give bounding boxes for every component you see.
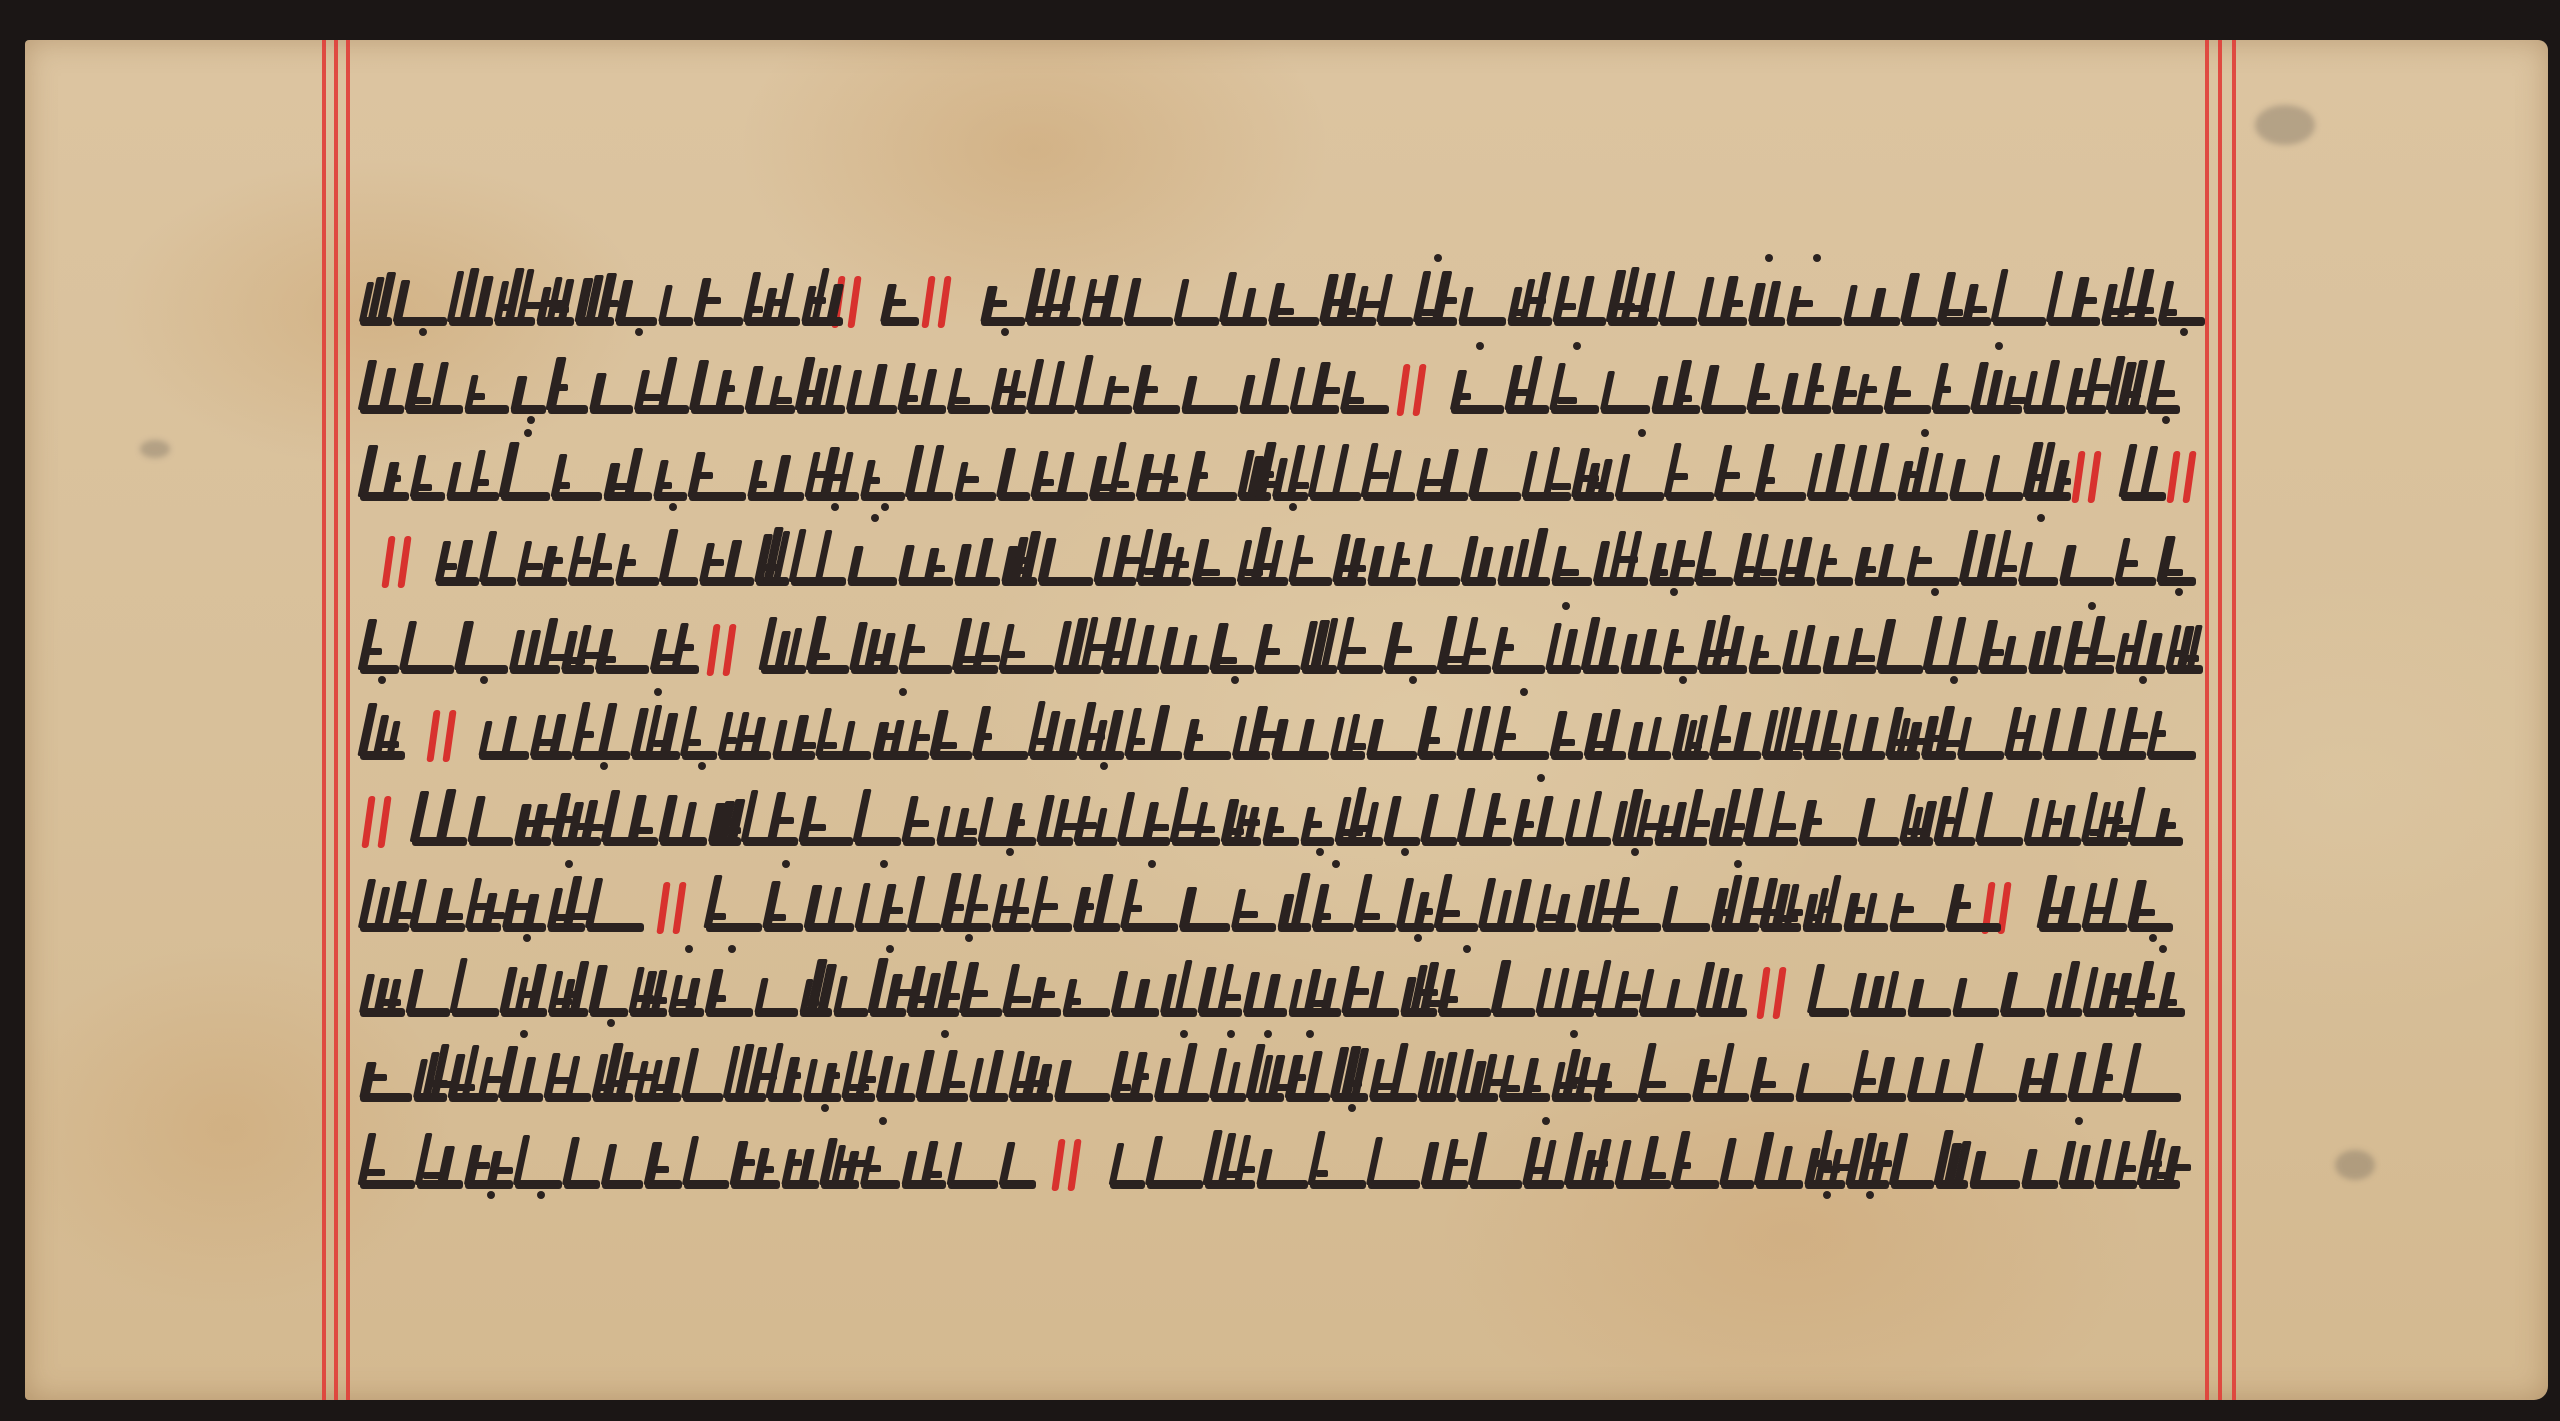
glyph-stroke xyxy=(366,1169,385,1176)
glyph-stroke xyxy=(1584,791,1602,842)
glyph-headline xyxy=(449,317,493,326)
diacritic-mark xyxy=(880,860,888,868)
glyph-headline xyxy=(1890,923,1945,932)
glyph-headline xyxy=(1666,492,1714,501)
red-danda xyxy=(381,536,395,588)
red-danda xyxy=(1772,967,1786,1019)
glyph-stroke xyxy=(1080,903,1094,910)
glyph-stroke xyxy=(1638,629,1657,670)
glyph-stroke xyxy=(938,1050,957,1098)
glyph-stroke xyxy=(2165,309,2177,316)
glyph-stroke xyxy=(1620,908,1639,915)
glyph-stroke xyxy=(1041,269,1060,322)
glyph-stroke xyxy=(1850,973,1868,1013)
glyph-stroke xyxy=(1038,479,1054,486)
glyph-stroke xyxy=(940,873,962,928)
glyph-stroke xyxy=(1719,1138,1737,1185)
glyph-stroke xyxy=(1069,998,1081,1005)
glyph-stroke xyxy=(2127,880,2147,928)
glyph-stroke xyxy=(405,969,423,1013)
glyph-stroke xyxy=(1791,909,1803,916)
glyph-stroke xyxy=(947,1081,965,1088)
glyph-stroke xyxy=(1719,276,1739,322)
diacritic-mark xyxy=(527,416,535,424)
glyph-stroke xyxy=(1811,385,1824,392)
glyph-stroke xyxy=(1344,308,1356,315)
glyph-headline xyxy=(745,317,800,326)
glyph-stroke xyxy=(1702,569,1716,576)
glyph-stroke xyxy=(1798,625,1816,670)
glyph-stroke xyxy=(1389,1043,1409,1098)
glyph-stroke xyxy=(1420,908,1433,915)
glyph-stroke xyxy=(1140,386,1158,393)
glyph-stroke xyxy=(897,363,916,410)
glyph-stroke xyxy=(388,881,407,928)
red-danda xyxy=(656,882,670,934)
glyph-stroke xyxy=(379,368,397,410)
glyph-stroke xyxy=(1793,537,1813,582)
glyph-headline xyxy=(552,492,602,501)
glyph-headline xyxy=(1480,923,1535,932)
glyph-stroke xyxy=(1600,1081,1612,1088)
glyph-stroke xyxy=(1383,796,1402,842)
glyph-stroke xyxy=(588,965,608,1013)
diacritic-mark xyxy=(2037,514,2045,522)
glyph-stroke xyxy=(1169,787,1189,842)
glyph-stroke xyxy=(1216,964,1233,1013)
glyph-stroke xyxy=(1307,821,1322,828)
glyph-stroke xyxy=(1549,711,1568,756)
glyph-headline xyxy=(1310,1180,1366,1189)
glyph-stroke xyxy=(1884,971,1900,1013)
glyph-stroke xyxy=(442,913,463,920)
glyph-headline xyxy=(1958,751,2004,760)
glyph-stroke xyxy=(2165,999,2177,1006)
glyph-stroke xyxy=(1583,713,1602,756)
diacritic-mark xyxy=(1100,762,1108,770)
glyph-stroke xyxy=(1137,1073,1149,1080)
glyph-stroke xyxy=(1145,1136,1163,1185)
glyph-stroke xyxy=(1433,874,1452,928)
glyph-stroke xyxy=(527,964,547,1013)
glyph-stroke xyxy=(1345,647,1366,654)
glyph-stroke xyxy=(1311,884,1329,928)
glyph-stroke xyxy=(937,742,957,749)
glyph-stroke xyxy=(1777,539,1793,582)
glyph-stroke xyxy=(1238,911,1258,918)
glyph-stroke xyxy=(624,448,643,497)
glyph-stroke xyxy=(967,990,988,997)
glyph-stroke xyxy=(1614,454,1630,497)
glyph-stroke xyxy=(1039,903,1058,910)
glyph-stroke xyxy=(998,624,1015,670)
glyph-stroke xyxy=(706,559,724,566)
diacritic-mark xyxy=(698,762,706,770)
glyph-stroke xyxy=(513,1135,531,1185)
glyph-stroke xyxy=(1545,623,1562,670)
glyph-stroke xyxy=(1123,278,1141,322)
glyph-headline xyxy=(1339,665,1383,674)
glyph-stroke xyxy=(754,481,767,488)
glyph-stroke xyxy=(2122,560,2138,567)
glyph-stroke xyxy=(945,993,960,1000)
glyph-stroke xyxy=(2164,569,2183,576)
glyph-stroke xyxy=(389,475,401,482)
glyph-stroke xyxy=(2135,909,2155,916)
diacritic-mark xyxy=(1006,848,1014,856)
diacritic-mark xyxy=(1148,860,1156,868)
glyph-stroke xyxy=(1319,387,1340,394)
glyph-stroke xyxy=(1717,736,1731,743)
glyph-stroke xyxy=(554,384,568,391)
glyph-stroke xyxy=(2000,972,2019,1013)
glyph-stroke xyxy=(2060,961,2080,1013)
glyph-stroke xyxy=(712,995,726,1002)
glyph-headline xyxy=(1175,317,1219,326)
glyph-stroke xyxy=(548,714,566,756)
glyph-stroke xyxy=(1964,1043,1984,1098)
glyph-stroke xyxy=(722,385,735,392)
diacritic-mark xyxy=(728,945,736,953)
glyph-stroke xyxy=(454,621,474,670)
script-line xyxy=(360,522,2195,592)
glyph-stroke xyxy=(777,273,794,322)
glyph-headline xyxy=(1368,1180,1420,1189)
glyph-stroke xyxy=(1190,734,1203,741)
glyph-stroke xyxy=(1490,818,1506,825)
glyph-stroke xyxy=(1037,538,1056,582)
glyph-stroke xyxy=(2127,732,2148,739)
diacritic-mark xyxy=(1520,688,1528,696)
glyph-stroke xyxy=(1366,1137,1383,1185)
glyph-stroke xyxy=(562,1137,580,1185)
glyph-stroke xyxy=(1440,297,1457,304)
glyph-stroke xyxy=(701,297,721,304)
glyph-stroke xyxy=(1571,970,1590,1013)
glyph-headline xyxy=(587,923,644,932)
glyph-headline xyxy=(1056,665,1101,674)
glyph-stroke xyxy=(826,887,842,928)
glyph-stroke xyxy=(1593,960,1611,1013)
diacritic-mark xyxy=(1542,1117,1550,1125)
glyph-stroke xyxy=(1360,443,1378,497)
glyph-stroke xyxy=(1177,1043,1198,1098)
diacritic-mark xyxy=(2180,328,2188,336)
glyph-stroke xyxy=(1093,537,1111,582)
glyph-headline xyxy=(2148,751,2196,760)
glyph-stroke xyxy=(358,619,378,670)
glyph-headline xyxy=(1147,1180,1203,1189)
glyph-stroke xyxy=(1136,625,1155,670)
diacritic-mark xyxy=(1670,588,1678,596)
glyph-stroke xyxy=(1876,619,1897,670)
glyph-stroke xyxy=(471,393,485,400)
diacritic-mark xyxy=(965,934,973,942)
glyph-stroke xyxy=(1597,627,1616,670)
glyph-stroke xyxy=(580,731,594,738)
glyph-stroke xyxy=(1468,448,1488,497)
glyph-stroke xyxy=(1638,969,1654,1013)
glyph-stroke xyxy=(518,1057,536,1098)
glyph-stroke xyxy=(605,300,619,307)
glyph-stroke xyxy=(1120,879,1138,928)
glyph-stroke xyxy=(1269,826,1284,833)
glyph-stroke xyxy=(788,1159,802,1166)
glyph-headline xyxy=(1787,317,1842,326)
glyph-stroke xyxy=(806,824,826,831)
glyph-stroke xyxy=(1767,791,1785,842)
glyph-stroke xyxy=(1958,530,1978,582)
glyph-stroke xyxy=(1900,273,1920,322)
glyph-stroke xyxy=(1557,397,1577,404)
glyph-stroke xyxy=(1760,569,1777,576)
glyph-stroke xyxy=(358,879,376,928)
glyph-stroke xyxy=(798,796,817,842)
glyph-stroke xyxy=(547,888,564,928)
glyph-headline xyxy=(2125,1093,2181,1102)
glyph-headline xyxy=(706,923,762,932)
glyph-stroke xyxy=(1124,708,1142,756)
glyph-stroke xyxy=(2042,708,2061,756)
diacritic-mark xyxy=(635,328,643,336)
glyph-stroke xyxy=(1621,994,1641,1001)
glyph-stroke xyxy=(435,888,454,928)
diacritic-mark xyxy=(1921,429,1929,437)
glyph-stroke xyxy=(571,702,590,756)
glyph-stroke xyxy=(868,364,888,410)
script-line xyxy=(360,437,2195,507)
glyph-stroke xyxy=(1755,651,1769,658)
glyph-stroke xyxy=(627,795,647,842)
script-line xyxy=(360,350,2195,420)
glyph-stroke xyxy=(1467,1132,1487,1185)
glyph-stroke xyxy=(1535,796,1554,842)
glyph-stroke xyxy=(2127,787,2146,842)
glyph-stroke xyxy=(1030,876,1048,928)
glyph-stroke xyxy=(1073,796,1091,842)
glyph-stroke xyxy=(1563,1132,1583,1185)
glyph-stroke xyxy=(622,559,636,566)
glyph-stroke xyxy=(493,1167,513,1174)
glyph-stroke xyxy=(1450,370,1468,410)
glyph-stroke xyxy=(680,802,697,842)
glyph-stroke xyxy=(2039,1053,2059,1098)
glyph-stroke xyxy=(2036,875,2057,928)
glyph-stroke xyxy=(1469,648,1486,655)
manuscript-folio xyxy=(25,40,2548,1400)
glyph-stroke xyxy=(1030,451,1049,497)
glyph-stroke xyxy=(1711,968,1730,1013)
diacritic-mark xyxy=(1823,1191,1831,1199)
glyph-headline xyxy=(360,1180,415,1189)
glyph-stroke xyxy=(2113,1141,2130,1185)
glyph-stroke xyxy=(575,557,591,564)
diacritic-mark xyxy=(1734,860,1742,868)
glyph-stroke xyxy=(887,299,906,306)
glyph-stroke xyxy=(1976,534,1996,582)
glyph-stroke xyxy=(657,357,677,410)
glyph-stroke xyxy=(1757,1081,1776,1088)
glyph-stroke xyxy=(1527,528,1548,582)
glyph-stroke xyxy=(477,479,489,486)
glyph-stroke xyxy=(1877,1057,1896,1098)
glyph-headline xyxy=(1138,577,1191,586)
stain xyxy=(140,440,170,458)
glyph-stroke xyxy=(435,541,452,582)
red-danda xyxy=(397,536,411,588)
diacritic-mark xyxy=(1180,1030,1188,1038)
glyph-stroke xyxy=(357,445,378,497)
glyph-stroke xyxy=(597,703,617,756)
glyph-stroke xyxy=(596,563,612,570)
glyph-stroke xyxy=(1662,886,1679,928)
glyph-stroke xyxy=(1806,453,1822,497)
glyph-headline xyxy=(719,751,771,760)
glyph-stroke xyxy=(1891,390,1911,397)
diacritic-mark xyxy=(1289,503,1297,511)
glyph-stroke xyxy=(1471,706,1491,756)
glyph-stroke xyxy=(634,370,651,410)
glyph-stroke xyxy=(852,789,871,842)
glyph-stroke xyxy=(1670,1131,1690,1185)
red-danda xyxy=(672,882,686,934)
glyph-stroke xyxy=(662,1057,681,1098)
glyph-stroke xyxy=(409,879,427,928)
glyph-stroke xyxy=(1286,445,1305,497)
glyph-stroke xyxy=(681,1048,700,1098)
glyph-stroke xyxy=(679,644,694,651)
diacritic-mark xyxy=(480,676,488,684)
glyph-stroke xyxy=(498,442,520,497)
glyph-stroke xyxy=(650,629,668,670)
glyph-stroke xyxy=(775,397,792,404)
diacritic-mark xyxy=(1227,1030,1235,1038)
glyph-stroke xyxy=(1754,393,1770,400)
glyph-stroke xyxy=(358,360,378,410)
glyph-stroke xyxy=(442,563,457,570)
red-danda xyxy=(2166,451,2180,503)
glyph-stroke xyxy=(1945,309,1963,316)
glyph-stroke xyxy=(703,875,722,928)
glyph-stroke xyxy=(737,1159,755,1166)
glyph-stroke xyxy=(959,962,980,1013)
glyph-stroke xyxy=(867,1165,881,1172)
glyph-stroke xyxy=(1117,481,1129,488)
glyph-headline xyxy=(2025,837,2081,846)
glyph-stroke xyxy=(641,394,661,401)
glyph-stroke xyxy=(474,276,494,322)
diacritic-mark xyxy=(1231,676,1239,684)
glyph-stroke xyxy=(1037,991,1055,998)
glyph-stroke xyxy=(1733,533,1752,582)
glyph-stroke xyxy=(946,1142,962,1185)
diacritic-mark xyxy=(2162,416,2170,424)
glyph-stroke xyxy=(1580,617,1600,670)
glyph-stroke xyxy=(876,1056,894,1098)
diacritic-mark xyxy=(941,1030,949,1038)
glyph-stroke xyxy=(1520,821,1534,828)
glyph-stroke xyxy=(517,541,533,582)
glyph-stroke xyxy=(1166,476,1178,483)
glyph-stroke xyxy=(1576,276,1595,322)
glyph-stroke xyxy=(1296,557,1313,564)
glyph-stroke xyxy=(1807,964,1825,1013)
glyph-headline xyxy=(900,665,952,674)
glyph-stroke xyxy=(1108,442,1127,497)
glyph-stroke xyxy=(996,448,1016,497)
glyph-stroke xyxy=(2082,967,2099,1013)
glyph-headline xyxy=(1495,751,1549,760)
glyph-stroke xyxy=(430,362,448,410)
glyph-headline xyxy=(1977,837,2023,846)
glyph-stroke xyxy=(1256,731,1277,738)
glyph-headline xyxy=(1537,1008,1594,1017)
glyph-stroke xyxy=(1551,483,1571,490)
glyph-stroke xyxy=(867,477,880,484)
diacritic-mark xyxy=(1434,254,1442,262)
glyph-headline xyxy=(1103,665,1159,674)
glyph-stroke xyxy=(2142,307,2154,314)
glyph-stroke xyxy=(1860,1078,1876,1085)
glyph-stroke xyxy=(1713,445,1732,497)
margin-rule xyxy=(2232,40,2236,1400)
glyph-headline xyxy=(452,1008,499,1017)
glyph-stroke xyxy=(1262,648,1280,655)
glyph-stroke xyxy=(827,1072,840,1079)
glyph-stroke xyxy=(1535,968,1552,1013)
glyph-stroke xyxy=(1457,393,1471,400)
glyph-stroke xyxy=(1143,473,1163,480)
glyph-stroke xyxy=(543,1053,561,1098)
glyph-stroke xyxy=(1437,969,1455,1013)
glyph-stroke xyxy=(920,1141,938,1185)
glyph-stroke xyxy=(1927,453,1943,497)
glyph-headline xyxy=(684,1180,729,1189)
glyph-stroke xyxy=(1154,1058,1172,1098)
glyph-stroke xyxy=(980,733,992,740)
red-danda xyxy=(847,276,861,328)
glyph-headline xyxy=(2116,665,2165,674)
glyph-stroke xyxy=(1947,617,1966,670)
diacritic-mark xyxy=(1570,1030,1578,1038)
diacritic-mark xyxy=(685,945,693,953)
glyph-stroke xyxy=(1141,802,1159,842)
red-danda xyxy=(377,796,391,848)
glyph-stroke xyxy=(2059,478,2071,485)
glyph-stroke xyxy=(1490,960,1511,1013)
glyph-stroke xyxy=(2025,1078,2043,1085)
glyph-stroke xyxy=(1782,630,1799,670)
glyph-stroke xyxy=(1449,1159,1468,1166)
glyph-stroke xyxy=(1174,960,1192,1013)
glyph-stroke xyxy=(1173,279,1189,322)
glyph-stroke xyxy=(396,912,412,919)
glyph-stroke xyxy=(1993,530,2011,582)
glyph-stroke xyxy=(1848,445,1867,497)
red-danda xyxy=(1051,1139,1065,1191)
glyph-stroke xyxy=(1709,705,1728,756)
glyph-stroke xyxy=(1193,802,1209,842)
diacritic-mark xyxy=(899,688,907,696)
glyph-stroke xyxy=(803,885,822,928)
glyph-stroke xyxy=(2161,822,2176,829)
glyph-stroke xyxy=(998,1142,1015,1185)
glyph-headline xyxy=(401,665,454,674)
glyph-headline xyxy=(1336,837,1383,846)
glyph-stroke xyxy=(1862,386,1877,393)
glyph-stroke xyxy=(1883,366,1901,410)
glyph-stroke xyxy=(928,1171,942,1178)
